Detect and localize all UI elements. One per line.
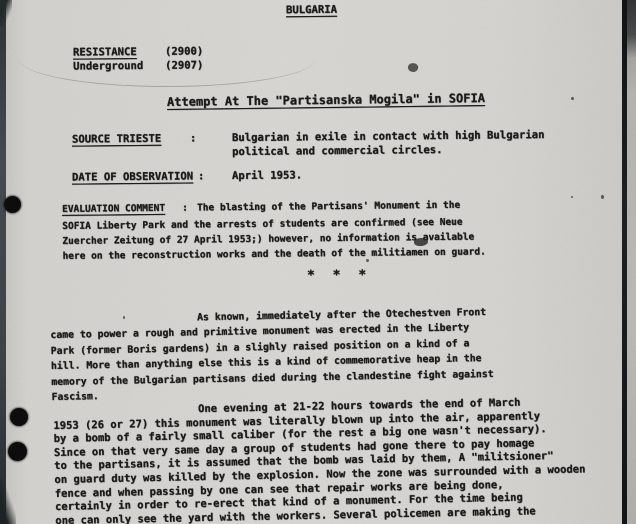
document-title: Attempt At The "Partisanska Mogila" in S… <box>167 91 485 109</box>
field-separator: : <box>198 170 205 182</box>
date-value: April 1953. <box>232 169 302 183</box>
dust-speck <box>571 196 573 198</box>
pencil-arc-artifact <box>19 52 315 87</box>
dust-speck <box>571 97 574 100</box>
punch-hole <box>10 408 28 426</box>
scanned-document: BULGARIA RESISTANCE(2900) Underground(29… <box>0 0 636 524</box>
field-separator: : <box>182 203 188 214</box>
country-heading: BULGARIA <box>286 4 337 17</box>
dust-speck <box>366 259 369 262</box>
scan-edge-right-strip-top <box>627 0 636 58</box>
dust-speck <box>601 195 604 199</box>
date-label: DATE OF OBSERVATION <box>72 170 193 183</box>
document-page: BULGARIA RESISTANCE(2900) Underground(29… <box>5 0 623 524</box>
scan-edge-left <box>0 0 6 524</box>
field-separator: : <box>190 132 197 144</box>
body-paragraph: As known, immediately after the Otechest… <box>50 302 636 405</box>
scan-corner-shadow <box>0 0 12 26</box>
evaluation-first-line: The blasting of the Partisans' Monument … <box>197 200 460 214</box>
scan-corner-shadow <box>0 478 16 524</box>
source-field: SOURCE TRIESTE : Bulgarian in exile in c… <box>72 128 612 163</box>
body-paragraph: One evening at 21-22 hours towards the e… <box>53 394 636 524</box>
punch-hole <box>4 196 21 213</box>
punch-hole <box>8 442 27 461</box>
source-value: Bulgarian in exile in contact with high … <box>232 129 545 160</box>
date-of-observation-field: DATE OF OBSERVATION : April 1953. <box>72 166 612 201</box>
evaluation-label: EVALUATION COMMENT <box>62 203 165 215</box>
section-separator-stars: * * * <box>307 268 371 283</box>
scan-edge-right-strip <box>627 0 636 524</box>
source-label: SOURCE TRIESTE <box>72 133 161 146</box>
country-heading-text: BULGARIA <box>286 4 337 17</box>
ink-smudge-artifact <box>407 61 420 73</box>
dust-speck <box>123 316 125 319</box>
